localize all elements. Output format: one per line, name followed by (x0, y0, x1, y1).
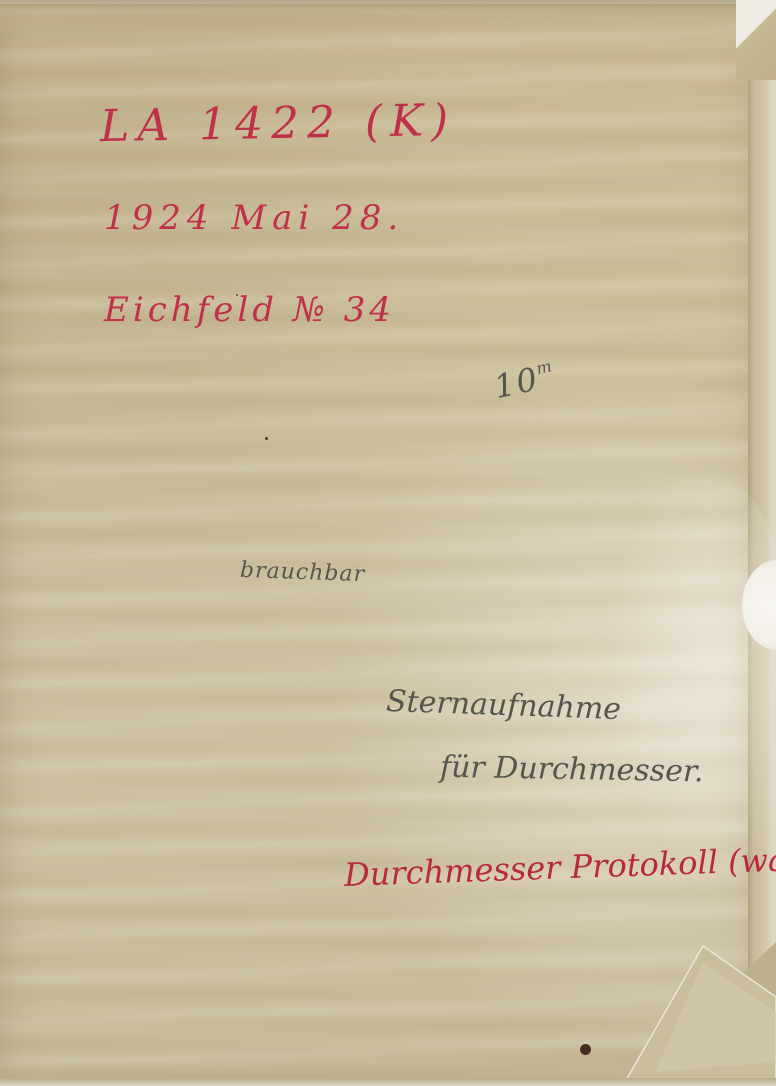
punch-hole (580, 1044, 591, 1055)
content-note-line2: für Durchmesser. (440, 750, 704, 790)
folder-top-edge (0, 0, 776, 10)
scanned-document: LA 1422 (K) 1924 Mai 28. Eichfeld № 34 1… (0, 0, 776, 1086)
folder-corner-top-right (736, 0, 776, 80)
folder-bottom-edge (0, 1078, 776, 1086)
paper-glare (610, 480, 776, 880)
condition-note: brauchbar (240, 558, 366, 587)
date-annotation: 1924 Mai 28. (104, 198, 404, 238)
folded-corner-icon (625, 942, 776, 1086)
archive-signature: LA 1422 (K) (100, 95, 457, 152)
size-mark-unit: m (534, 356, 555, 378)
ink-spot (265, 437, 268, 440)
location-annotation: Eichfeld № 34 (104, 290, 395, 330)
